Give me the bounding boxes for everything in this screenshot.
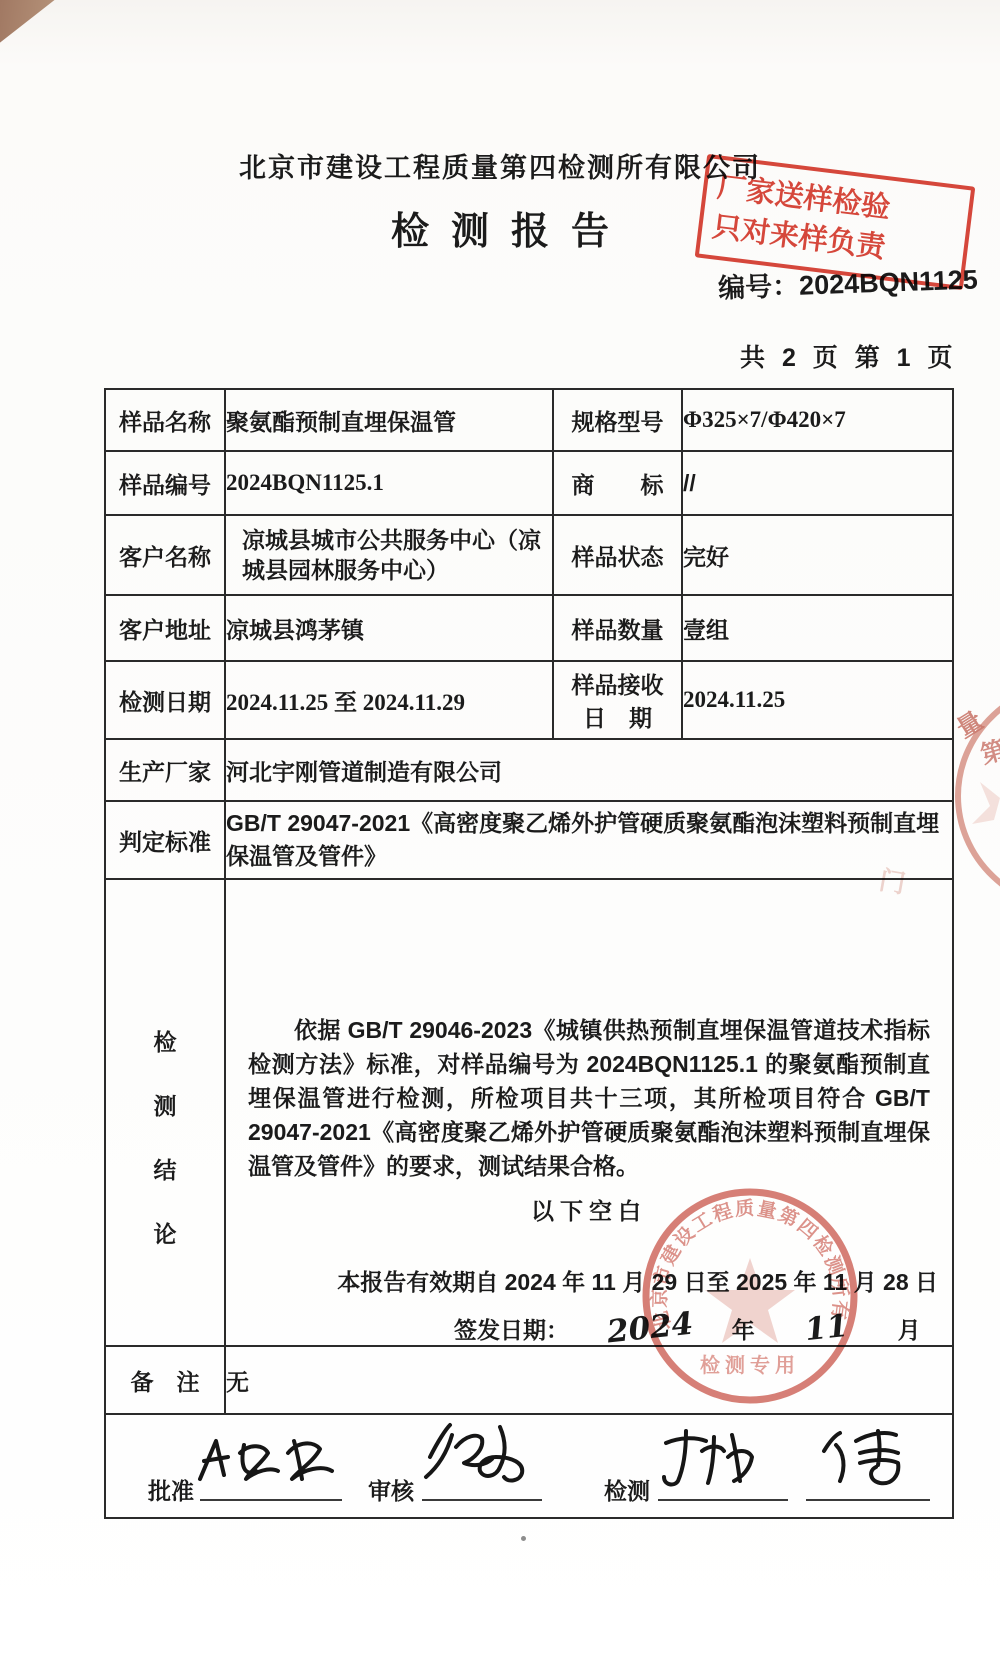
table-row: 客户名称 凉城县城市公共服务中心（凉城县园林服务中心） 样品状态 完好 <box>105 515 953 595</box>
table-row: 生产厂家 河北宇刚管道制造有限公司 <box>105 739 953 801</box>
table-row: 检 测 结 论 依据 GB/T 29046-2023《城镇供热预制直埋保温管道技… <box>105 879 953 1346</box>
remark-value: 无 <box>225 1346 953 1414</box>
sample-name-value: 聚氨酯预制直埋保温管 <box>225 389 553 451</box>
test-signature-2-handwriting <box>808 1423 928 1493</box>
manufacturer-value: 河北宇刚管道制造有限公司 <box>225 739 953 801</box>
table-row: 样品名称 聚氨酯预制直埋保温管 规格型号 Φ325×7/Φ420×7 <box>105 389 953 451</box>
blank-below-note: 以下空白 <box>226 1193 952 1226</box>
edge-stamp-char-2: 第 <box>977 735 1000 770</box>
spec-value: Φ325×7/Φ420×7 <box>682 389 953 451</box>
edge-stamp-char-1: 量 <box>952 707 988 744</box>
remark-label: 备 注 <box>105 1346 225 1414</box>
conclusion-label-char: 论 <box>154 1222 177 1246</box>
report-page: 北京市建设工程质量第四检测所有限公司 检测报告 厂家送样检验 只对来样负责 编号… <box>0 0 1000 1671</box>
conclusion-cell: 依据 GB/T 29046-2023《城镇供热预制直埋保温管道技术指标检测方法》… <box>225 879 953 1346</box>
test-date-label: 检测日期 <box>105 661 225 739</box>
approve-underline <box>200 1499 342 1501</box>
test-label: 检测 <box>604 1473 650 1506</box>
test-signature-1-handwriting <box>654 1425 774 1493</box>
client-address-value: 凉城县鸿茅镇 <box>225 595 553 661</box>
pagination: 共 2 页 第 1 页 <box>740 338 958 374</box>
sample-state-value: 完好 <box>682 515 953 595</box>
standard-value: GB/T 29047-2021《高密度聚乙烯外护管硬质聚氨酯泡沫塑料预制直埋保温… <box>225 801 953 879</box>
approve-signature-handwriting <box>186 1429 346 1497</box>
sample-no-label: 样品编号 <box>105 451 225 515</box>
conclusion-label-char: 测 <box>154 1094 177 1118</box>
receive-date-value: 2024.11.25 <box>682 661 953 739</box>
sample-name-label: 样品名称 <box>105 389 225 451</box>
issue-date-line: 签发日期： 2024 年 11 月 29 日 <box>454 1310 953 1346</box>
issue-day-underline: 29 <box>927 1310 953 1346</box>
issue-date-label: 签发日期： <box>454 1317 569 1343</box>
serial-label: 编号： <box>718 271 800 304</box>
trademark-label: 商 标 <box>553 451 682 515</box>
receive-date-label-line2: 日 期 <box>554 700 681 733</box>
sample-qty-value: 壹组 <box>682 595 953 661</box>
issue-month-underline: 11 <box>761 1310 891 1346</box>
review-underline <box>422 1499 542 1501</box>
table-row: 客户地址 凉城县鸿茅镇 样品数量 壹组 <box>105 595 953 661</box>
client-name-label: 客户名称 <box>105 515 225 595</box>
issue-year-handwritten: 2024 <box>606 1306 696 1346</box>
year-suffix: 年 <box>732 1317 755 1343</box>
trademark-value: // <box>682 451 953 515</box>
client-name-value: 凉城县城市公共服务中心（凉城县园林服务中心） <box>225 515 553 595</box>
table-row: 样品编号 2024BQN1125.1 商 标 // <box>105 451 953 515</box>
validity-period: 本报告有效期自 2024 年 11 月 29 日至 2025 年 11 月 28… <box>337 1264 938 1297</box>
issue-month-handwritten: 11 <box>803 1308 850 1346</box>
standard-label: 判定标准 <box>105 801 225 879</box>
test-underline-2 <box>806 1499 930 1501</box>
test-underline-1 <box>658 1499 788 1501</box>
spec-label: 规格型号 <box>553 389 682 451</box>
table-row: 备 注 无 <box>105 1346 953 1414</box>
review-signature-handwriting <box>412 1419 552 1497</box>
sample-qty-label: 样品数量 <box>553 595 682 661</box>
conclusion-text: 依据 GB/T 29046-2023《城镇供热预制直埋保温管道技术指标检测方法》… <box>248 1013 930 1183</box>
conclusion-label: 检 测 结 论 <box>105 879 225 1346</box>
receive-date-label-line1: 样品接收 <box>554 667 681 700</box>
paper-corner-artifact <box>0 0 65 51</box>
issue-year-underline: 2024 <box>575 1310 725 1346</box>
review-label: 审核 <box>368 1473 414 1506</box>
conclusion-label-char: 检 <box>154 1030 177 1054</box>
sample-no-value: 2024BQN1125.1 <box>225 451 553 515</box>
manufacturer-label: 生产厂家 <box>105 739 225 801</box>
month-suffix: 月 <box>898 1317 921 1343</box>
receive-date-label: 样品接收 日 期 <box>553 661 682 739</box>
table-row: 批准 审核 检测 <box>105 1414 953 1518</box>
edge-stamp-star-fragment <box>972 782 1000 824</box>
client-address-label: 客户地址 <box>105 595 225 661</box>
table-row: 检测日期 2024.11.25 至 2024.11.29 样品接收 日 期 20… <box>105 661 953 739</box>
sample-state-label: 样品状态 <box>553 515 682 595</box>
test-date-value: 2024.11.25 至 2024.11.29 <box>225 661 553 739</box>
table-row: 判定标准 GB/T 29047-2021《高密度聚乙烯外护管硬质聚氨酯泡沫塑料预… <box>105 801 953 879</box>
conclusion-label-char: 结 <box>154 1158 177 1182</box>
signature-row: 批准 审核 检测 <box>105 1414 953 1518</box>
report-table: 样品名称 聚氨酯预制直埋保温管 规格型号 Φ325×7/Φ420×7 样品编号 … <box>104 388 954 1519</box>
scan-speck <box>521 1536 526 1541</box>
